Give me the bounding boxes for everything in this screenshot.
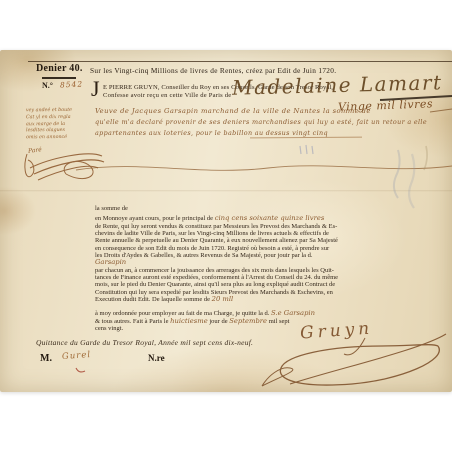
doc-number-value: 8542 bbox=[60, 79, 84, 89]
body-line-text: mil sept bbox=[267, 318, 289, 325]
body-line-text: jour de bbox=[208, 318, 229, 325]
payer-name-script: Madelaine Lamart bbox=[232, 70, 443, 100]
body-line-text: cens vingt. bbox=[95, 325, 123, 332]
body-line-script: Septembre bbox=[229, 317, 267, 325]
body-line: la somme de bbox=[95, 205, 338, 212]
body-line: chevins de ladite Ville de Paris, sur le… bbox=[95, 230, 338, 237]
handwritten-line-2: qu'elle m'a declaré provenir de ses deni… bbox=[95, 118, 427, 126]
sum-continuation-stroke bbox=[430, 109, 452, 112]
body-line-text: Rente annuelle & perpetuelle au Denier Q… bbox=[95, 237, 338, 244]
header-top-rule bbox=[28, 61, 452, 62]
body-paragraph: la somme de en Monnoye ayant cours, pour… bbox=[95, 205, 338, 333]
dropcap-initial: J bbox=[91, 80, 100, 98]
body-line-text: chevins de ladite Ville de Paris, sur le… bbox=[95, 230, 329, 237]
closing-italic-line: Quittance du Garde du Tresor Royal, Anné… bbox=[36, 338, 253, 347]
opening-line-2: Confesse avoir reçu en cette Ville de Pa… bbox=[103, 92, 231, 99]
body-line-script: cinq cens soixante quinze livres bbox=[215, 214, 325, 222]
sum-script: Vinge mil livres bbox=[338, 97, 433, 113]
body-line: par chacun an, à commencer la jouissance… bbox=[95, 267, 338, 274]
margin-paraph-flourish bbox=[25, 154, 104, 180]
doc-number-label: N.° bbox=[42, 81, 53, 90]
body-line-text: mois, sur le pied du Denier Quarante, ai… bbox=[95, 281, 335, 288]
body-line-text: la somme de bbox=[95, 205, 128, 212]
body-line: en consequence de son Edit du mois de Ju… bbox=[95, 245, 338, 252]
handwritten-line-3: appartenantes aux loteries, pour le babi… bbox=[95, 129, 328, 137]
handwritten-line-1: Veuve de Jacques Garsapin marchand de la… bbox=[95, 107, 371, 115]
body-line-script: Garsapin bbox=[95, 258, 126, 266]
body-line: en Monnoye ayant cours, pour le principa… bbox=[95, 215, 338, 222]
body-line-text: tances de Finance auront esté expediées,… bbox=[95, 274, 338, 281]
body-line-text: Execution dudit Edit. De laquelle somme … bbox=[95, 296, 212, 303]
ink-wave-line bbox=[76, 166, 452, 170]
photo-canvas: { "header": { "denier": "Denier 40.", "t… bbox=[0, 0, 452, 452]
body-line: tances de Finance auront esté expediées,… bbox=[95, 274, 338, 281]
body-line-script: 20 mll bbox=[212, 295, 234, 303]
body-line-text: par chacun an, à commencer la jouissance… bbox=[95, 267, 334, 274]
body-line-text: en Monnoye ayant cours, pour le principa… bbox=[95, 215, 215, 222]
body-line: Rente annuelle & perpetuelle au Denier Q… bbox=[95, 237, 338, 244]
body-line-text: les Droits d'Aydes & Gabelles, & autres … bbox=[95, 252, 313, 259]
body-line-text: de Rente, qui luy seront vendus & consti… bbox=[95, 223, 337, 230]
n-label: N.re bbox=[148, 353, 165, 363]
signature-flourish bbox=[262, 334, 446, 386]
denier-underline-bar bbox=[42, 77, 76, 80]
denier-label: Denier 40. bbox=[36, 63, 83, 74]
signature-script: Gruyn bbox=[299, 318, 373, 343]
m-label: M. bbox=[40, 353, 52, 364]
body-line: mois, sur le pied du Denier Quarante, ai… bbox=[95, 281, 338, 288]
body-line-text: en consequence de son Edit du mois de Ju… bbox=[95, 245, 329, 252]
margin-note: omis en annoncé bbox=[26, 135, 96, 142]
body-line: de Rente, qui luy seront vendus & consti… bbox=[95, 223, 338, 230]
margin-notes-block: vey andeé et boute Cat yl en dix regla a… bbox=[26, 108, 96, 143]
body-line: Execution dudit Edit. De laquelle somme … bbox=[95, 296, 338, 303]
body-line-script: huictiesme bbox=[170, 317, 208, 325]
margin-initial-script: Paré bbox=[28, 146, 42, 154]
aged-parchment-document: Denier 40. Sur les Vingt-cinq Millions d… bbox=[0, 50, 452, 392]
body-line-text: & tous autres. Fait à Paris le bbox=[95, 318, 170, 325]
body-line: à moy ordonnée pour employer au fait de … bbox=[95, 310, 338, 317]
red-check-mark bbox=[76, 368, 85, 372]
body-line: Garsapin bbox=[95, 259, 338, 266]
body-line-script: S.e Garsapin bbox=[271, 309, 315, 317]
bleedthrough-marks bbox=[300, 145, 427, 208]
m-script-value: Gurel bbox=[62, 350, 92, 362]
body-line: les Droits d'Aydes & Gabelles, & autres … bbox=[95, 252, 338, 259]
paper-crease bbox=[0, 190, 452, 192]
handwritten-filler-dash bbox=[250, 137, 362, 139]
